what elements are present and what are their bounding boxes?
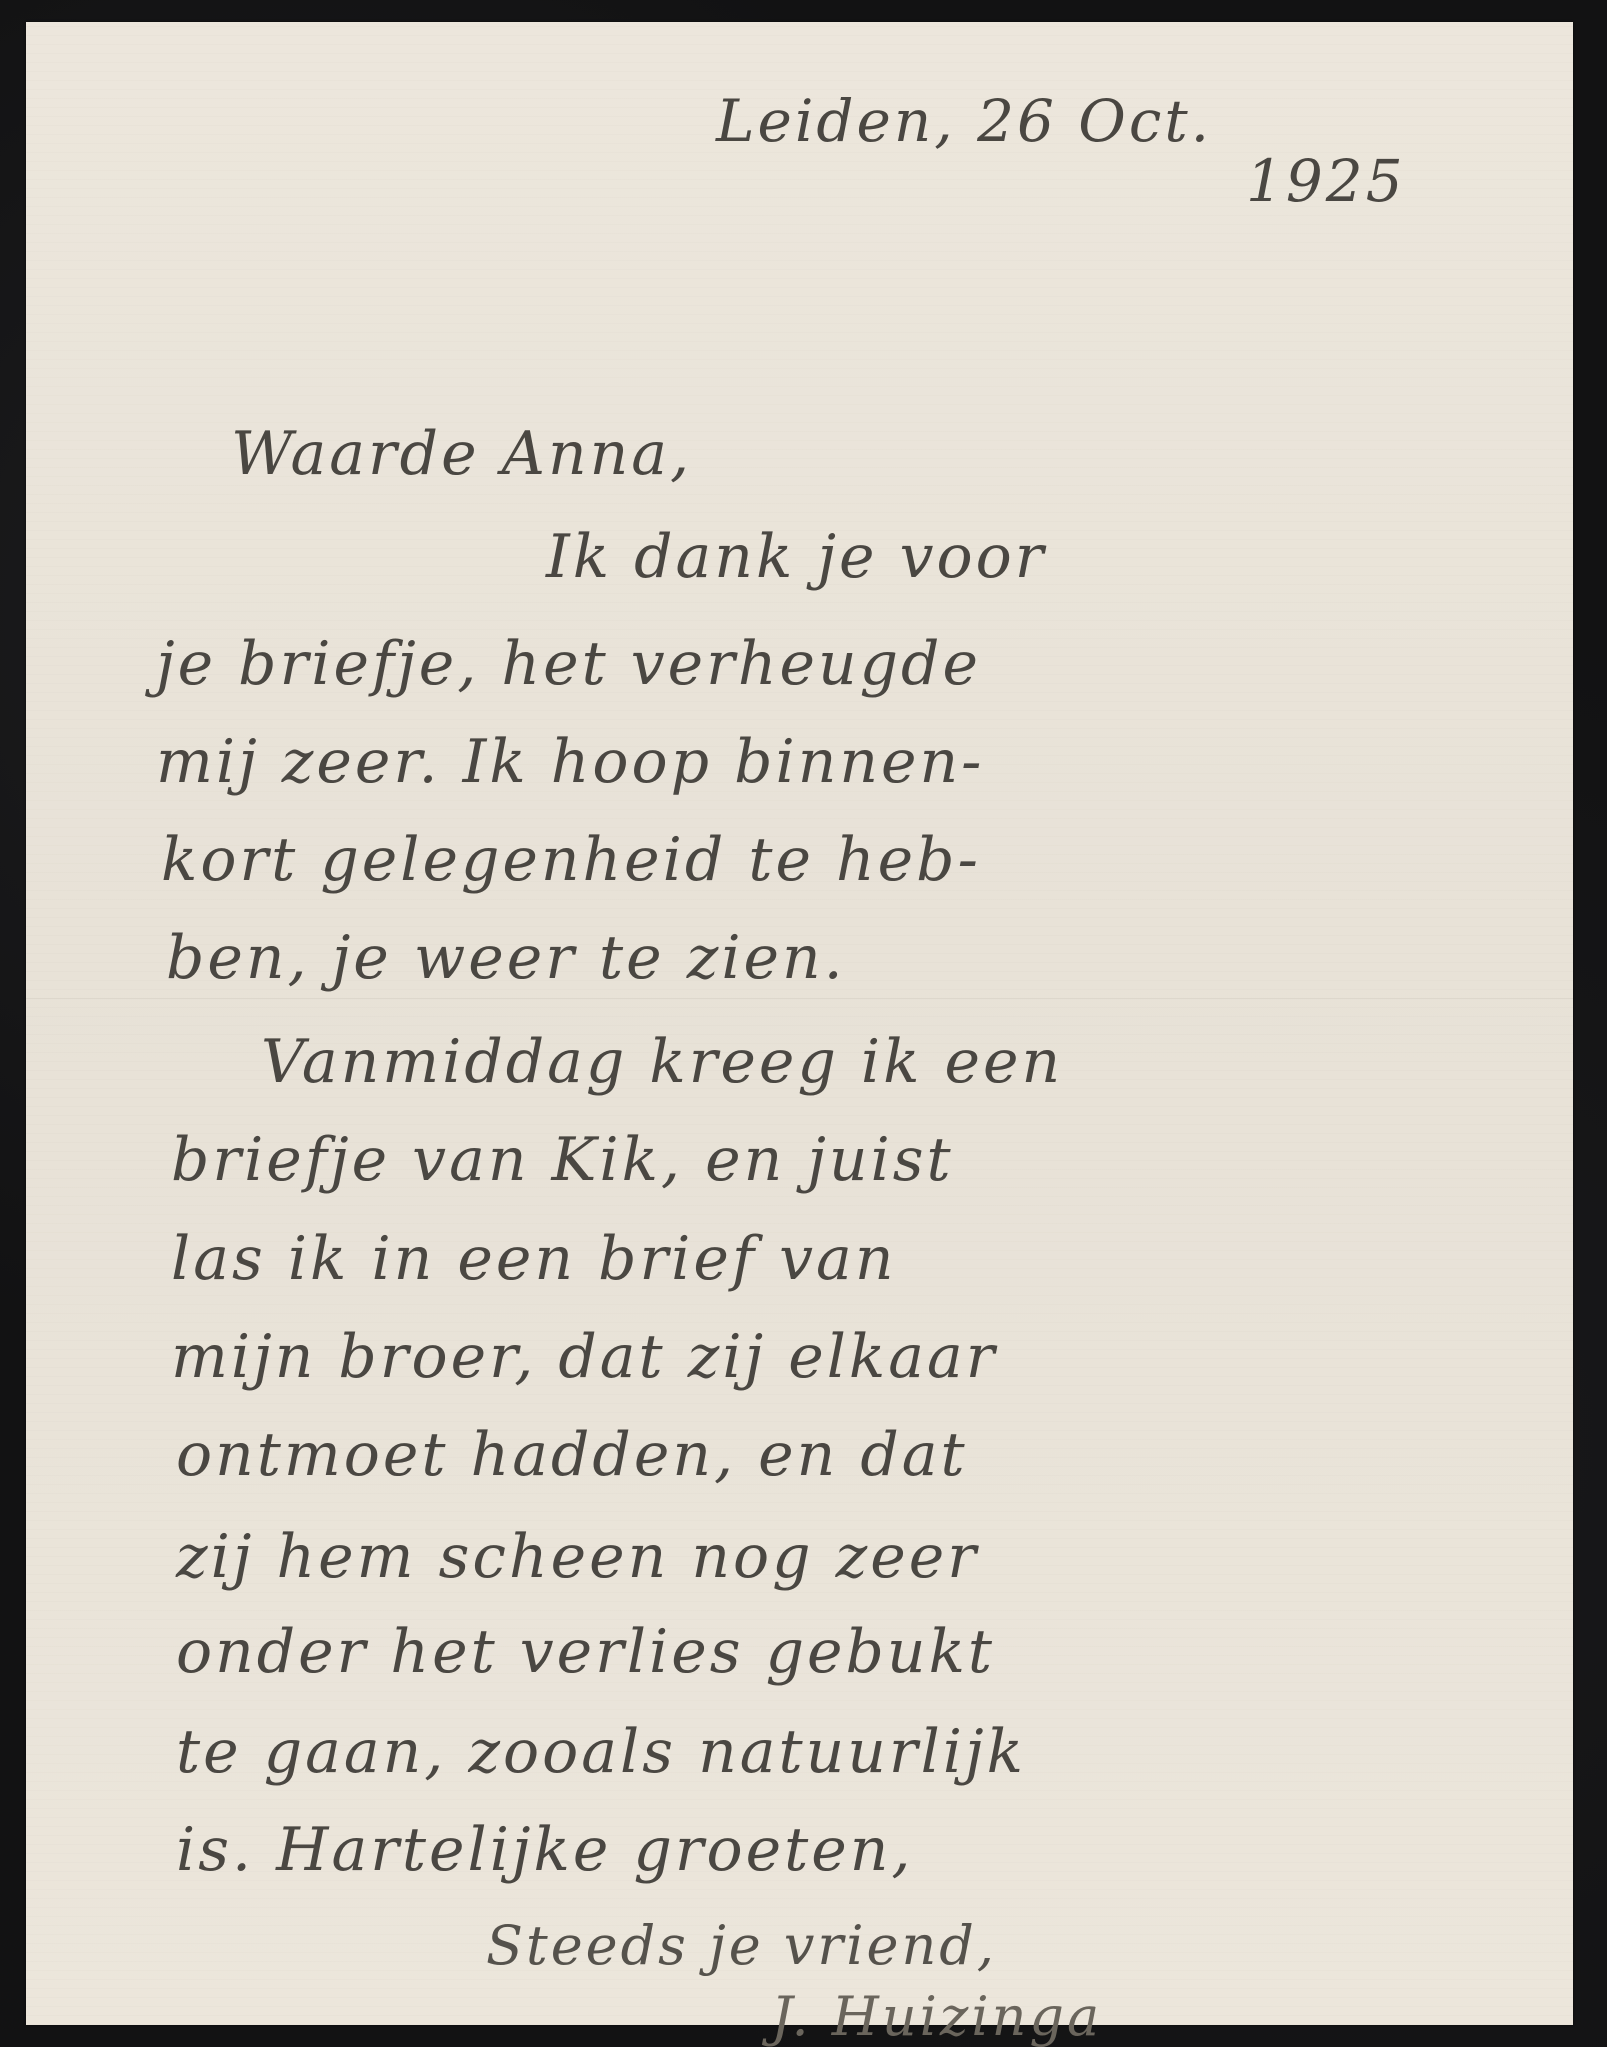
body-line: is. Hartelijke groeten, [176,1820,914,1880]
body-line: te gaan, zooals natuurlijk [176,1722,1026,1782]
body-line: je briefje, het verheugde [156,634,981,694]
body-line: ontmoet hadden, en dat [176,1425,968,1485]
body-line: briefje van Kik, en juist [171,1130,954,1190]
salutation: Waarde Anna, [231,424,692,484]
letter-page: Leiden, 26 Oct. 1925 Waarde Anna, Ik dan… [26,22,1573,2025]
body-line: mij zeer. Ik hoop binnen- [156,732,984,792]
body-line: mijn broer, dat zij elkaar [171,1327,997,1387]
body-line: onder het verlies gebukt [176,1622,995,1682]
paper-fold-line [26,998,1573,1000]
body-line: Vanmiddag kreeg ik een [261,1032,1063,1092]
body-line: Ik dank je voor [546,527,1046,587]
body-line: las ik in een brief van [171,1229,896,1289]
closing: Steeds je vriend, [486,1919,997,1973]
letter-year: 1925 [1246,152,1406,210]
body-line: kort gelegenheid te heb- [161,830,981,890]
signature: J. Huizinga [771,1990,1102,2044]
place-date: Leiden, 26 Oct. [716,92,1212,150]
body-line: zij hem scheen nog zeer [176,1527,979,1587]
body-line: ben, je weer te zien. [166,928,846,988]
